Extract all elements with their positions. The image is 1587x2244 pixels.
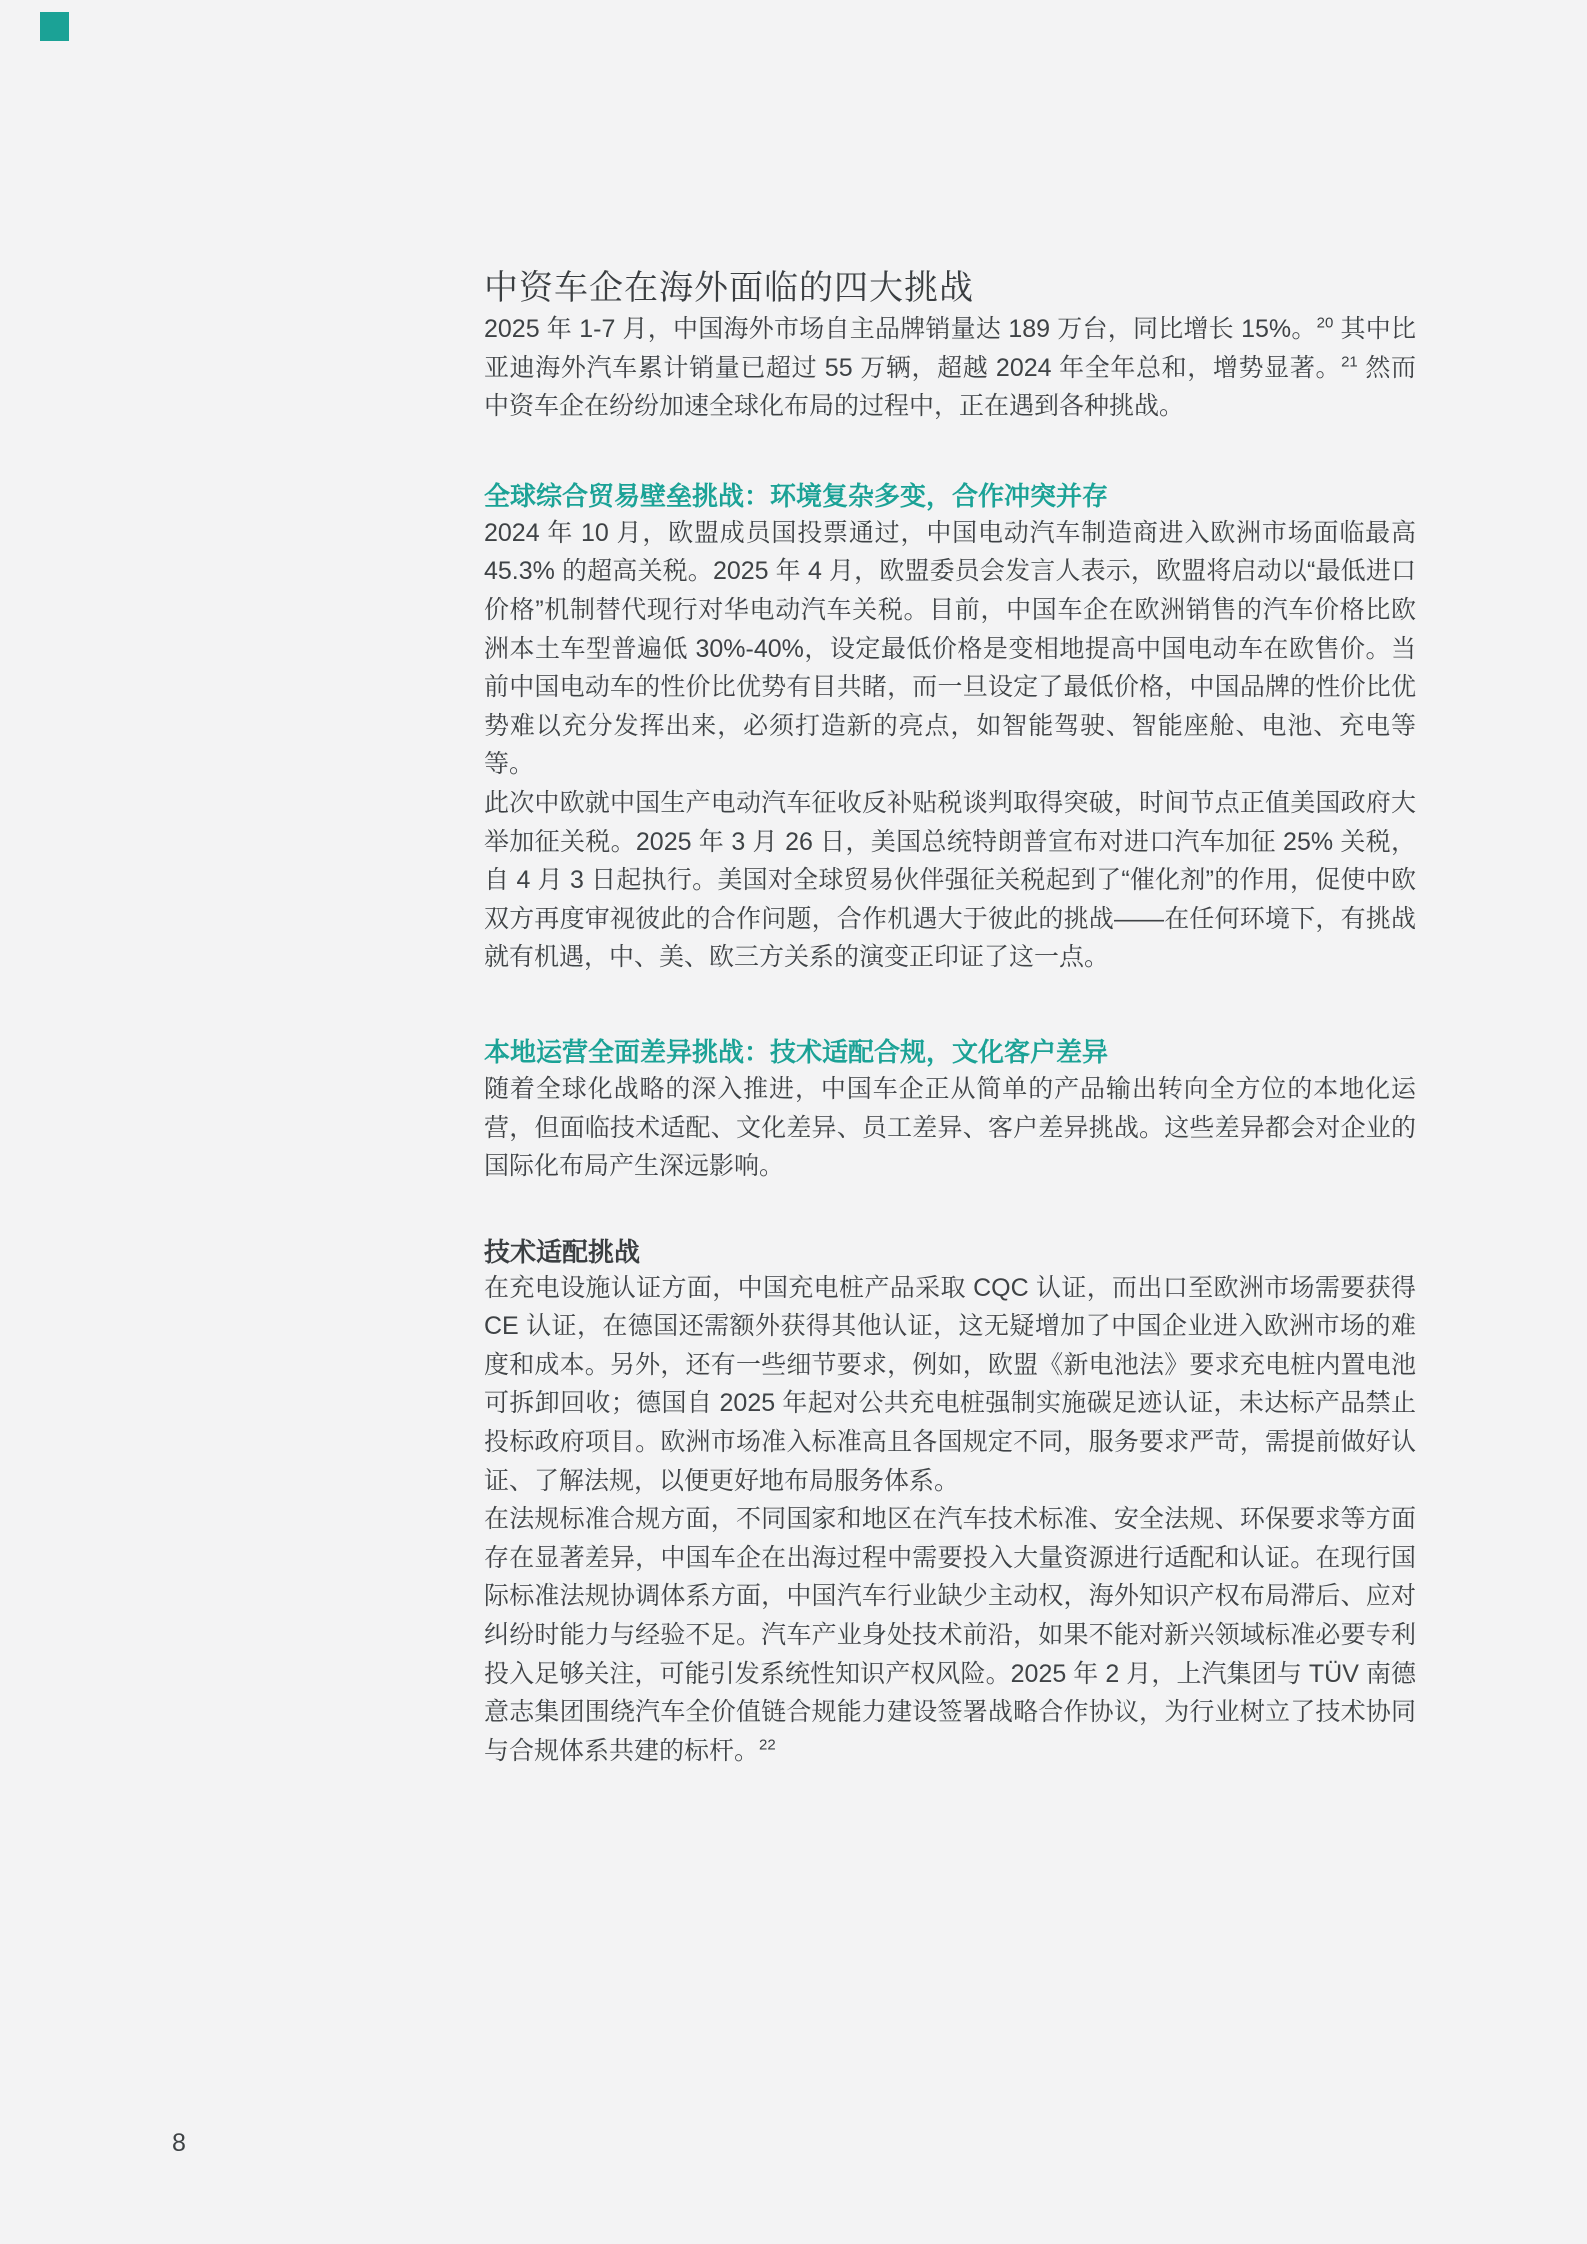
- section-heading-local-operations: 本地运营全面差异挑战：技术适配合规，文化客户差异: [484, 1034, 1416, 1070]
- page-title: 中资车企在海外面临的四大挑战: [484, 266, 1416, 310]
- subsection-paragraph-1: 在充电设施认证方面，中国充电桩产品采取 CQC 认证，而出口至欧洲市场需要获得 …: [484, 1269, 1416, 1501]
- subsection-title-tech-adaptation: 技术适配挑战: [484, 1235, 1416, 1269]
- intro-text-1: 2025 年 1-7 月，中国海外市场自主品牌销量达 189 万台，同比增长 1…: [484, 315, 1317, 343]
- footnote-ref-20: 20: [1317, 315, 1334, 332]
- report-page: { "page": { "background_color": "#F3F3F4…: [0, 0, 1587, 2244]
- brand-corner-square: [40, 12, 69, 41]
- intro-paragraph: 2025 年 1-7 月，中国海外市场自主品牌销量达 189 万台，同比增长 1…: [484, 310, 1416, 426]
- footnote-ref-21: 21: [1341, 353, 1358, 370]
- page-number: 8: [172, 2128, 186, 2158]
- footnote-ref-22: 22: [759, 1736, 776, 1753]
- section-heading-trade-barriers: 全球综合贸易壁垒挑战：环境复杂多变，合作冲突并存: [484, 478, 1416, 514]
- page-content: 中资车企在海外面临的四大挑战 2025 年 1-7 月，中国海外市场自主品牌销量…: [484, 0, 1416, 1770]
- section1-paragraph-2: 此次中欧就中国生产电动汽车征收反补贴税谈判取得突破，时间节点正值美国政府大举加征…: [484, 784, 1416, 977]
- subsection-paragraph-2-text: 在法规标准合规方面，不同国家和地区在汽车技术标准、安全法规、环保要求等方面存在显…: [484, 1505, 1416, 1765]
- section2-paragraph-1: 随着全球化战略的深入推进，中国车企正从简单的产品输出转向全方位的本地化运营，但面…: [484, 1070, 1416, 1186]
- subsection-paragraph-2: 在法规标准合规方面，不同国家和地区在汽车技术标准、安全法规、环保要求等方面存在显…: [484, 1500, 1416, 1770]
- section1-paragraph-1: 2024 年 10 月，欧盟成员国投票通过，中国电动汽车制造商进入欧洲市场面临最…: [484, 514, 1416, 784]
